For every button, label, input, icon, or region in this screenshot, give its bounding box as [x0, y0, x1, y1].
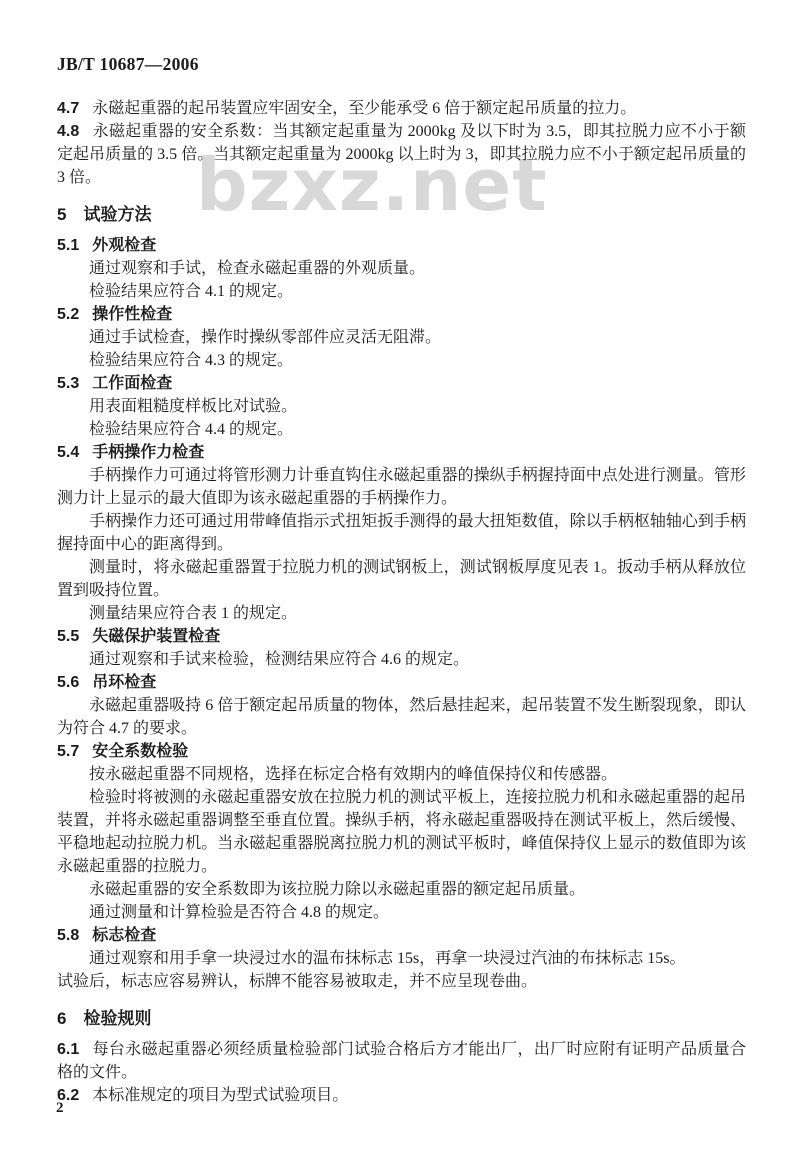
para-5.7-4: 通过测量和计算检验是否符合 4.8 的规定。 [57, 901, 746, 924]
subsection-5.8-number: 5.8 [57, 927, 79, 944]
section-6-title: 检验规则 [83, 1009, 151, 1028]
para-5.7-3: 永磁起重器的安全系数即为该拉脱力除以永磁起重器的额定起吊质量。 [57, 878, 746, 901]
para-5.3-2: 检验结果应符合 4.4 的规定。 [57, 418, 746, 441]
subsection-5.7-heading: 5.7安全系数检验 [57, 740, 746, 763]
subsection-5.8-heading: 5.8标志检查 [57, 924, 746, 947]
subsection-5.3-heading: 5.3工作面检查 [57, 372, 746, 395]
subsection-5.1-title: 外观检查 [92, 237, 156, 254]
clause-6.1-text: 每台永磁起重器必须经质量检验部门试验合格后方才能出厂，出厂时应附有证明产品质量合… [57, 1041, 746, 1081]
clause-4.7: 4.7永磁起重器的起吊装置应牢固安全，至少能承受 6 倍于额定起吊质量的拉力。 [57, 97, 746, 120]
section-6-heading: 6检验规则 [57, 1007, 746, 1030]
subsection-5.3-title: 工作面检查 [92, 375, 172, 392]
clause-4.7-text: 永磁起重器的起吊装置应牢固安全，至少能承受 6 倍于额定起吊质量的拉力。 [92, 100, 636, 117]
subsection-5.3-number: 5.3 [57, 375, 79, 392]
para-5.5-1: 通过观察和手试来检验，检测结果应符合 4.6 的规定。 [57, 648, 746, 671]
clause-6.1: 6.1每台永磁起重器必须经质量检验部门试验合格后方才能出厂，出厂时应附有证明产品… [57, 1038, 746, 1084]
subsection-5.8-title: 标志检查 [92, 927, 156, 944]
subsection-5.2-heading: 5.2操作性检查 [57, 303, 746, 326]
para-5.3-1: 用表面粗糙度样板比对试验。 [57, 395, 746, 418]
clause-6.2-text: 本标准规定的项目为型式试验项目。 [92, 1087, 348, 1104]
section-5-title: 试验方法 [83, 205, 151, 224]
clause-4.8: 4.8永磁起重器的安全系数：当其额定起重量为 2000kg 及以下时为 3.5，… [57, 120, 746, 189]
subsection-5.4-title: 手柄操作力检查 [92, 444, 204, 461]
subsection-5.1-number: 5.1 [57, 237, 79, 254]
section-6-number: 6 [57, 1009, 66, 1028]
subsection-5.5-number: 5.5 [57, 628, 79, 645]
standard-number-header: JB/T 10687—2006 [57, 54, 746, 75]
subsection-5.2-title: 操作性检查 [92, 306, 172, 323]
subsection-5.7-title: 安全系数检验 [92, 743, 188, 760]
subsection-5.6-title: 吊环检查 [92, 674, 156, 691]
para-5.4-1: 手柄操作力可通过将管形测力计垂直钩住永磁起重器的操纵手柄握持面中点处进行测量。管… [57, 464, 746, 510]
page-number: 2 [56, 1100, 64, 1117]
clause-6.1-number: 6.1 [57, 1041, 79, 1058]
subsection-5.4-heading: 5.4手柄操作力检查 [57, 441, 746, 464]
subsection-5.7-number: 5.7 [57, 743, 79, 760]
para-5.7-2: 检验时将被测的永磁起重器安放在拉脱力机的测试平板上，连接拉脱力机和永磁起重器的起… [57, 786, 746, 878]
section-5-number: 5 [57, 205, 66, 224]
subsection-5.1-heading: 5.1外观检查 [57, 234, 746, 257]
subsection-5.5-heading: 5.5失磁保护装置检查 [57, 625, 746, 648]
subsection-5.6-heading: 5.6吊环检查 [57, 671, 746, 694]
document-page: bzxz.net JB/T 10687—2006 4.7永磁起重器的起吊装置应牢… [0, 0, 800, 1163]
para-5.4-3: 测量时，将永磁起重器置于拉脱力机的测试钢板上，测试钢板厚度见表 1。扳动手柄从释… [57, 556, 746, 602]
section-5-heading: 5试验方法 [57, 203, 746, 226]
subsection-5.6-number: 5.6 [57, 674, 79, 691]
clause-4.8-text: 永磁起重器的安全系数：当其额定起重量为 2000kg 及以下时为 3.5，即其拉… [57, 123, 746, 186]
subsection-5.5-title: 失磁保护装置检查 [92, 628, 220, 645]
subsection-5.2-number: 5.2 [57, 306, 79, 323]
document-content: JB/T 10687—2006 4.7永磁起重器的起吊装置应牢固安全，至少能承受… [0, 0, 800, 1107]
para-5.4-4: 测量结果应符合表 1 的规定。 [57, 602, 746, 625]
para-5.4-2: 手柄操作力还可通过用带峰值指示式扭矩扳手测得的最大扭矩数值，除以手柄枢轴轴心到手… [57, 510, 746, 556]
para-5.6-1: 永磁起重器吸持 6 倍于额定起吊质量的物体，然后悬挂起来，起吊装置不发生断裂现象… [57, 694, 746, 740]
clause-4.8-number: 4.8 [57, 123, 79, 140]
para-5.1-1: 通过观察和手试，检查永磁起重器的外观质量。 [57, 257, 746, 280]
para-5.1-2: 检验结果应符合 4.1 的规定。 [57, 280, 746, 303]
para-5.7-1: 按永磁起重器不同规格，选择在标定合格有效期内的峰值保持仪和传感器。 [57, 763, 746, 786]
para-5.2-2: 检验结果应符合 4.3 的规定。 [57, 349, 746, 372]
para-5.8-2: 试验后，标志应容易辨认，标牌不能容易被取走，并不应呈现卷曲。 [57, 970, 746, 993]
clause-6.2: 6.2本标准规定的项目为型式试验项目。 [57, 1084, 746, 1107]
para-5.8-1: 通过观察和用手拿一块浸过水的温布抹标志 15s，再拿一块浸过汽油的布抹标志 15… [57, 947, 746, 970]
clause-4.7-number: 4.7 [57, 100, 79, 117]
subsection-5.4-number: 5.4 [57, 444, 79, 461]
para-5.2-1: 通过手试检查，操作时操纵零部件应灵活无阻滞。 [57, 326, 746, 349]
